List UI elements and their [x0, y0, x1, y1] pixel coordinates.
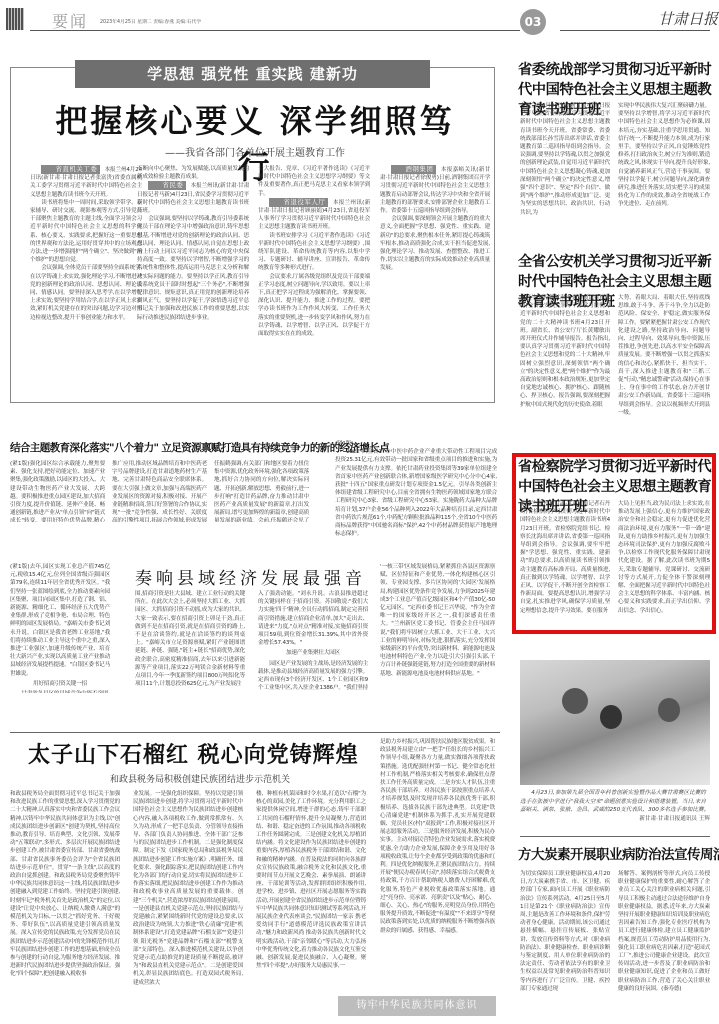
section-name: 要闻 [52, 9, 88, 32]
photo-person [658, 698, 680, 722]
right-divider [520, 836, 710, 837]
county-headline[interactable]: 奏响县域经济发展最强音 [135, 564, 370, 589]
story1-column-1: 本报兰州4月24日讯(新甘肃·甘肃日报记者马新)省委统战部学习贯彻习近平新时代中… [520, 102, 610, 232]
paper-logo: 甘肃日报 [658, 8, 718, 29]
section-divider [10, 732, 500, 733]
county-subhead-1: 用好招商引资关键一招 [10, 680, 110, 688]
tag-label: 省民委 [148, 181, 186, 190]
middle-column-2: 推广应用,推动区域品牌培育和中医药老字号品牌建设,打造甘肃道地药材生产基地、完善… [112, 460, 207, 522]
county-column-3: 入了强劲动能。"刘永升说。古浪县推进超过的关键同样在于招商引资。苏国敬说:"我们… [258, 590, 368, 690]
header-rule-right [560, 30, 710, 31]
lead-column-2: 不断向中心聚焦、为发展赋能,以高质量发展的新成效检验主题教育成果。 省民委本报兰… [137, 165, 249, 400]
header-rule [30, 30, 520, 31]
lead-column-1: 省直机关工委本报兰州4月24日讯(新甘肃·甘肃日报记者张富贵)省委直属机关工委学… [30, 165, 142, 400]
story4-headline[interactable]: 方大炭素开展职业病防治法宣传周活动 [518, 845, 712, 865]
middle-headline[interactable]: 结合主题教育深化落实"八个着力" 立足资源禀赋打造具有持续竞争力的新的经济增长点 [10, 440, 315, 455]
story1-column-2: 实现中华民族伟大复兴汇聚磅礴力量。要坚持以学增智,将学习习近平新时代中国特色社会… [618, 102, 710, 232]
lead-column-4: 酒钢集团本报嘉峪关讯(新甘肃·甘肃日报记者徐俊勇)日前,酒钢集团召开学习贯彻习近… [380, 165, 490, 400]
middle-column-3: 任振鹤强调,有关部门和地区要着力扭住集中资源,优化政务环境,强化各项政策落地,抓… [214, 460, 309, 522]
tag-label: 酒钢集团 [391, 165, 436, 174]
county-column-2: 围,招商引资是壮大县域、建立工业行动的关键所在。在此次大会上,必须坚持大抓工业、… [135, 590, 245, 690]
photo-caption: 4月23日,参加第九届全国青年科普创新实验暨作品大赛甘肃赛区比赛的选手在张掖中学… [520, 789, 710, 825]
tax-column-2: 业发展。一是强化组织保障。坚持以党建引领民族团结进步创建,将学习贯彻习近平新时代… [133, 790, 243, 1020]
county-subhead-2: 加速产业集聚壮大园区 [258, 649, 368, 657]
story2-column-1: 本报兰州讯(新甘肃·甘肃日报记者崔东明)全省公安机关领导干部学习贯彻习近平新时代… [520, 294, 610, 444]
photo-person [562, 688, 588, 714]
story2-column-2: 大势、着眼大局、着眼大任,坚持底线思维,敢于斗争、善于斗争,全力以赴防范风险、保… [618, 294, 710, 444]
news-photo[interactable] [520, 660, 710, 785]
story3-column-1: 本报兰州讯(新甘肃·甘肃日报记者石丹丹)省检察院学习贯彻习近平新时代中国特色社会… [520, 500, 610, 628]
photo-person [600, 705, 622, 729]
page-number-badge: 03 [520, 9, 546, 35]
middle-column-4: (紧1版) 2022年,全省17个中医中药企业产业重大带动性工程项目完成投资25… [335, 440, 497, 540]
theme-banner: 学思想 强党性 重实践 建新功 [75, 60, 430, 88]
tax-column-3: 楼、种植有机菜园和时令水果,打造以"石榴"为核心的双园,美化了工作环境。充分利用… [256, 790, 366, 1020]
story4-column-1: 为切实保障员工职业健康权益,4月20日,方大炭素携手省、市、区卫健、疾控部门专家… [520, 870, 610, 1020]
county-column-1: (紧1版)去年,园区实现工业总产值745亿元,税收15.4亿元,位列全国省级百强… [10, 563, 110, 693]
tax-column-1: 和政县税务局全面贯彻习近平总书记关于加强和改进民族工作的重要思想,深入学习贯彻党… [10, 790, 120, 1020]
tag-label: 省直机关工委 [41, 165, 100, 174]
lead-subheadline: ——我省各部门各单位开展主题教育工作 [40, 144, 470, 159]
qr-code-icon [6, 8, 24, 30]
lead-column-3: 十大报告、党章、《习近平著作选读》《习近平新时代中国特色社会主义思想学习纲要》等… [258, 165, 370, 400]
tax-column-4: 是助力乡村振兴,巩固帮扶民族地区脱贫成果。和政县税务局建立由"一把手"任组长的乡… [380, 738, 495, 993]
middle-column-1: (紧1版)强化园区综合承载能力,聚焦要素、强化支持,把好功能定位、加速产业聚集,… [10, 460, 105, 522]
photo-credit: 新甘肃·甘肃日报通讯员 王辉 [628, 815, 710, 824]
tag-label: 省退役军人厅 [269, 198, 328, 207]
tax-subheadline: 和政县税务局积极创建民族团结进步示范机关 [70, 772, 330, 785]
tax-headline[interactable]: 太子山下石榴红 税心向党铸辉煌 [28, 738, 378, 769]
unity-banner: 铸牢中华民族共同体意识 [338, 996, 496, 1016]
county-column-4: '一核三带'区域发展格局,紧紧抓住各县区资源禀赋、区位特征和产业优势,一体化构建… [380, 563, 495, 693]
story4-column-2: 场解答、案例剖析等形式,向员工传授职业健康保护的重要性,耐心解答了企业员工关心关… [618, 870, 710, 1020]
story3-column-2: 大局上见担当,政为民司法上求实效,在推动发展上强信心,更有力维护国家政治安全和社… [618, 500, 710, 628]
dateline: 2023年4月25日 星期二 责编:春燕 美编:石代学 [100, 18, 201, 25]
